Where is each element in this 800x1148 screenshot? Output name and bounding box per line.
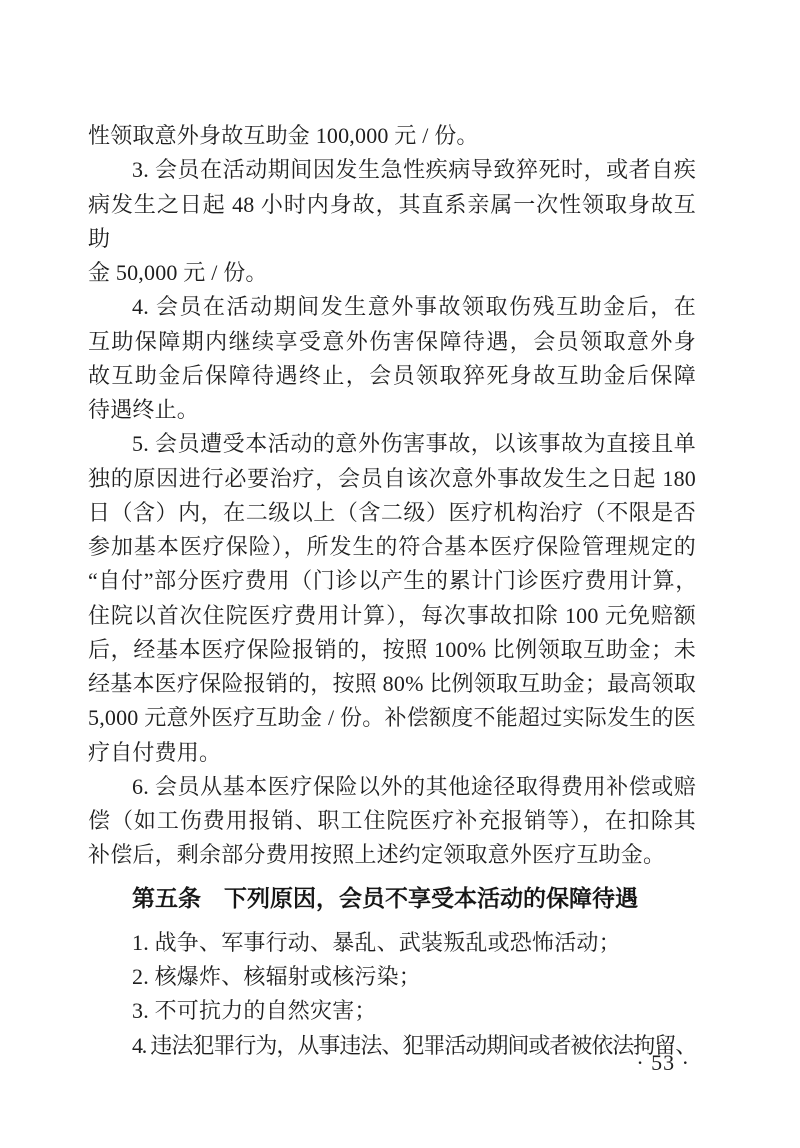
text-line: 2. 核爆炸、核辐射或核污染； <box>88 960 696 994</box>
text-line: 补偿后，剩余部分费用按照上述约定领取意外医疗互助金。 <box>88 838 696 872</box>
text-line: 性领取意外身故互助金 100,000 元 / 份。 <box>88 119 696 153</box>
exclusion-list: 1. 战争、军事行动、暴乱、武装叛乱或恐怖活动；2. 核爆炸、核辐射或核污染；3… <box>88 926 696 1063</box>
text-line: 疗自付费用。 <box>88 736 696 770</box>
body-paragraph-lines: 性领取意外身故互助金 100,000 元 / 份。3. 会员在活动期间因发生急性… <box>88 119 696 873</box>
text-line: 3. 会员在活动期间因发生急性疾病导致猝死时，或者自疾 <box>88 153 696 187</box>
text-line: 参加基本医疗保险），所发生的符合基本医疗保险管理规定的 <box>88 530 696 564</box>
text-line: 故互助金后保障待遇终止，会员领取猝死身故互助金后保障 <box>88 359 696 393</box>
text-line: 后，经基本医疗保险报销的，按照 100% 比例领取互助金；未 <box>88 633 696 667</box>
text-line: 1. 战争、军事行动、暴乱、武装叛乱或恐怖活动； <box>88 926 696 960</box>
text-line: 金 50,000 元 / 份。 <box>88 256 696 290</box>
page-number: · 53 · <box>636 1049 690 1077</box>
text-line: 6. 会员从基本医疗保险以外的其他途径取得费用补偿或赔 <box>88 770 696 804</box>
text-line: “自付”部分医疗费用（门诊以产生的累计门诊医疗费用计算， <box>88 564 696 598</box>
document-page: 性领取意外身故互助金 100,000 元 / 份。3. 会员在活动期间因发生急性… <box>0 0 800 1148</box>
text-line: 互助保障期内继续享受意外伤害保障待遇，会员领取意外身 <box>88 325 696 359</box>
text-line: 5,000 元意外医疗互助金 / 份。补偿额度不能超过实际发生的医 <box>88 701 696 735</box>
text-line: 3. 不可抗力的自然灾害； <box>88 994 696 1028</box>
text-line: 住院以首次住院医疗费用计算），每次事故扣除 100 元免赔额 <box>88 599 696 633</box>
text-line: 经基本医疗保险报销的，按照 80% 比例领取互助金；最高领取 <box>88 667 696 701</box>
section-heading: 第五条 下列原因，会员不享受本活动的保障待遇 <box>88 881 696 915</box>
document-content: 性领取意外身故互助金 100,000 元 / 份。3. 会员在活动期间因发生急性… <box>88 119 696 1063</box>
text-line: 4. 会员在活动期间发生意外事故领取伤残互助金后，在 <box>88 290 696 324</box>
text-line: 病发生之日起 48 小时内身故，其直系亲属一次性领取身故互助 <box>88 188 696 257</box>
text-line: 待遇终止。 <box>88 393 696 427</box>
text-line: 日（含）内，在二级以上（含二级）医疗机构治疗（不限是否 <box>88 496 696 530</box>
text-line: 独的原因进行必要治疗，会员自该次意外事故发生之日起 180 <box>88 462 696 496</box>
text-line: 偿（如工伤费用报销、职工住院医疗补充报销等），在扣除其 <box>88 804 696 838</box>
text-line: 4. 违法犯罪行为，从事违法、犯罪活动期间或者被依法拘留、 <box>88 1029 696 1063</box>
text-line: 5. 会员遭受本活动的意外伤害事故，以该事故为直接且单 <box>88 427 696 461</box>
